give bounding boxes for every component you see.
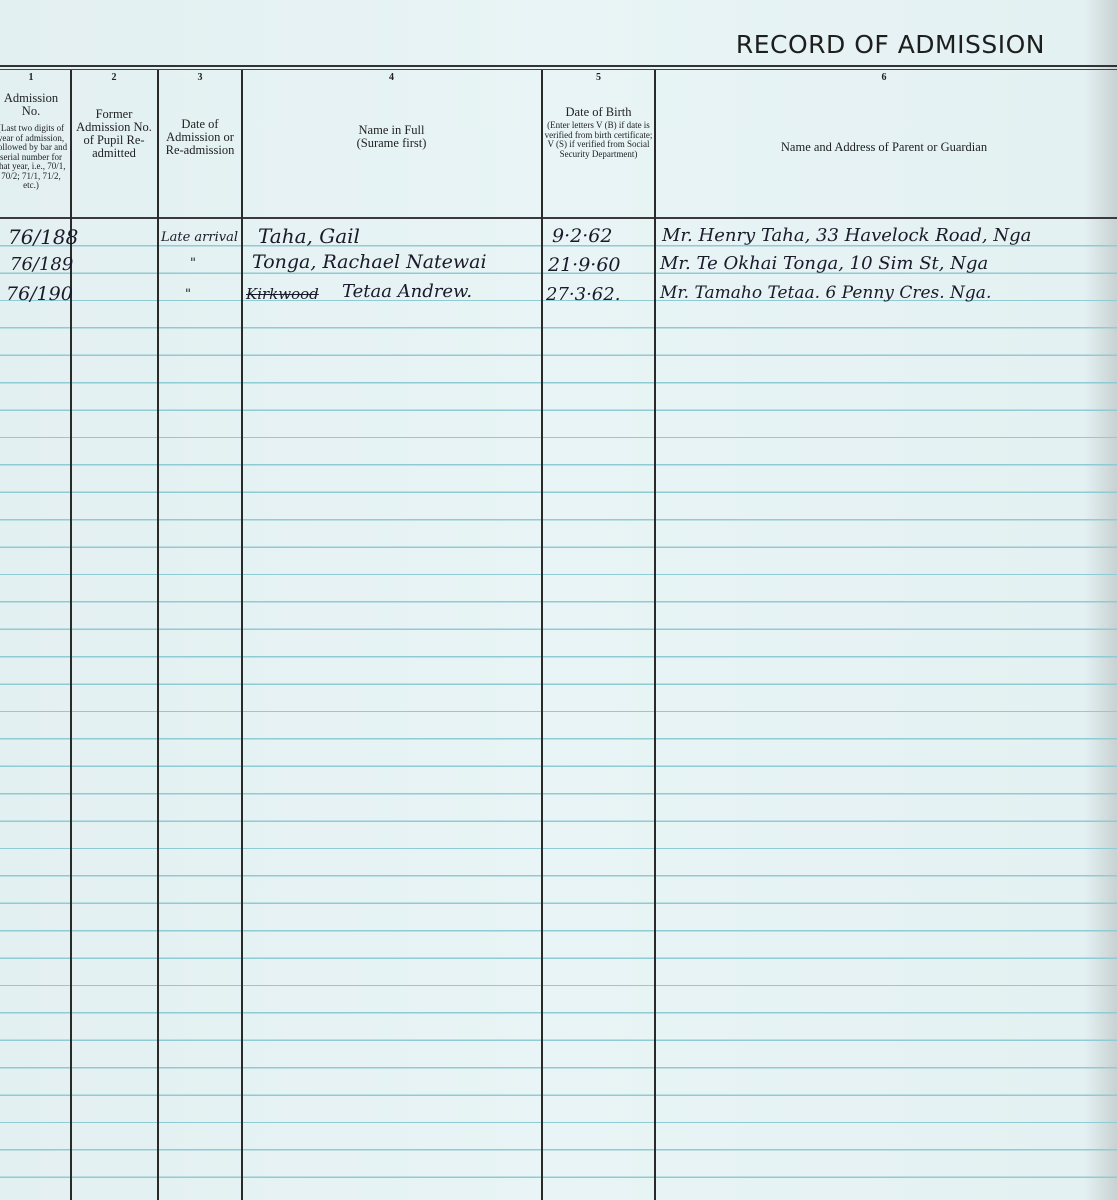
pupil-name: Tonga, Rachael Natewai <box>252 251 487 273</box>
column-divider <box>241 70 243 1200</box>
column-header-dob: 5 Date of Birth (Enter letters V (B) if … <box>543 72 654 217</box>
column-header-date-admission: 3 Date of Admission or Re-admission <box>159 72 241 217</box>
date-of-birth: 27·3·62. <box>546 284 620 305</box>
column-subtitle: (Enter letters V (B) if date is verified… <box>543 121 654 159</box>
header-bottom-rule <box>0 217 1117 219</box>
header-rule <box>0 65 1117 67</box>
date-admission: Late arrival <box>161 230 238 245</box>
column-divider <box>654 70 656 1200</box>
date-of-birth: 9·2·62 <box>552 225 612 247</box>
column-subtitle: (Last two digits of year of admission, f… <box>0 124 68 191</box>
column-title: Admission No. <box>0 92 68 118</box>
column-header-parent: 6 Name and Address of Parent or Guardian <box>656 72 1112 217</box>
column-number: 1 <box>0 72 68 84</box>
ruled-lines <box>0 219 1117 1200</box>
column-divider <box>541 70 543 1200</box>
parent-name-address: Mr. Tamaho Tetaa. 6 Penny Cres. Nga. <box>660 283 991 303</box>
column-number: 2 <box>72 72 156 84</box>
admission-no: 76/190 <box>6 283 73 305</box>
column-number: 5 <box>543 72 654 84</box>
column-title: Former Admission No. of Pupil Re-admitte… <box>72 108 156 160</box>
admission-no: 76/189 <box>10 254 73 275</box>
pupil-name-struck: Kirkwood <box>246 285 319 303</box>
column-header-admission-no: 1 Admission No. (Last two digits of year… <box>0 72 68 217</box>
pupil-name: Taha, Gail <box>258 224 360 248</box>
admission-no: 76/188 <box>8 225 78 249</box>
column-subtitle: (Surame first) <box>243 137 540 150</box>
parent-name-address: Mr. Henry Taha, 33 Havelock Road, Nga <box>662 225 1031 246</box>
column-title: Date of Birth <box>543 106 654 119</box>
header-rule-thin <box>0 69 1117 70</box>
date-admission: " <box>190 256 196 271</box>
column-number: 4 <box>243 72 540 84</box>
parent-name-address: Mr. Te Okhai Tonga, 10 Sim St, Nga <box>660 253 988 274</box>
column-header-name: 4 Name in Full (Surame first) <box>243 72 540 217</box>
date-of-birth: 21·9·60 <box>548 254 621 276</box>
column-header-former-no: 2 Former Admission No. of Pupil Re-admit… <box>72 72 156 217</box>
column-number: 3 <box>159 72 241 84</box>
column-title: Date of Admission or Re-admission <box>159 118 241 157</box>
date-admission: " <box>185 287 191 302</box>
pupil-name: Tetaa Andrew. <box>342 281 472 302</box>
column-divider <box>157 70 159 1200</box>
page-title: RECORD OF ADMISSION <box>736 30 1045 59</box>
column-title: Name and Address of Parent or Guardian <box>656 141 1112 154</box>
column-number: 6 <box>656 72 1112 84</box>
ledger-page: RECORD OF ADMISSION 1 Admission No. (Las… <box>0 0 1117 1200</box>
